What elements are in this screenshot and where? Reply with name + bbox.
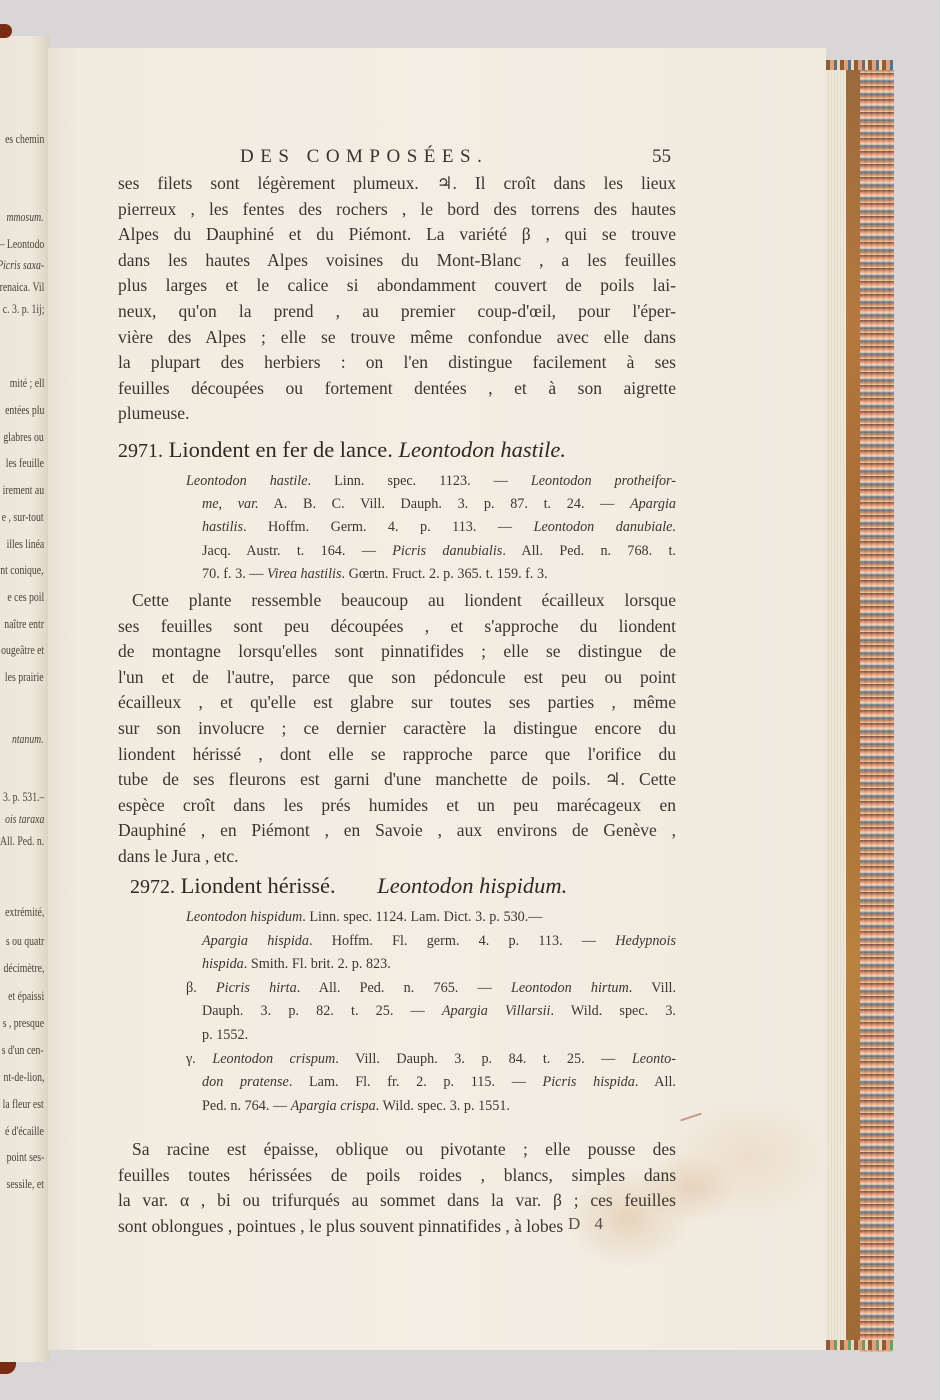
latin-synonym: Virea hastilis [267, 566, 341, 582]
text-line: l'un et de l'autre, parce que son pédonc… [118, 664, 676, 690]
citation: . Hoffm. Germ. 4. p. 113. — [243, 519, 534, 535]
citation: . Linn. spec. 1123. — [308, 473, 531, 489]
text-line: la plupart des herbiers : on l'en distin… [118, 349, 676, 375]
citation: . All. [635, 1074, 676, 1090]
left-page-edge: es cheminmmosum.– LeontodoPicris saxa-re… [0, 36, 50, 1362]
latin-synonym: Leontodon danubiale. [534, 519, 676, 535]
facing-page-text-fragment: les prairie [5, 670, 44, 685]
facing-page-text-fragment: la fleur est [3, 1097, 44, 1112]
running-head: DES COMPOSÉES. [240, 146, 488, 168]
latin-synonym: hispida [202, 956, 244, 972]
facing-page-text-fragment: . 3. p. 531.– [0, 790, 44, 805]
synonymy-line: don pratense. Lam. Fl. fr. 2. p. 115. — … [202, 1071, 676, 1094]
latin-synonym: Leontodon protheifor- [531, 473, 676, 489]
synonymy-line: Dauph. 3. p. 82. t. 25. — Apargia Villar… [202, 1000, 676, 1023]
facing-page-text-fragment: illes linéa [6, 537, 44, 552]
page-block-edges [826, 62, 846, 1348]
signature-mark: D 4 [568, 1214, 608, 1234]
synonymy-line: Leontodon hastile. Linn. spec. 1123. — L… [186, 470, 676, 493]
latin-name: Leontodon hastile. [399, 437, 567, 462]
facing-page-text-fragment: sessile, et [7, 1177, 44, 1192]
text-line: Alpes du Dauphiné et du Piémont. La vari… [118, 221, 676, 247]
citation: Ped. n. 764. — [202, 1098, 291, 1114]
latin-synonym: Leontodon hispidum [186, 909, 302, 925]
latin-synonym: Apargia [630, 496, 676, 512]
synonymy-line: Ped. n. 764. — Apargia crispa. Wild. spe… [202, 1095, 676, 1118]
facing-page-text-fragment: nt-de-lion, [3, 1070, 44, 1085]
facing-page-text-fragment: glabres ou [4, 430, 44, 445]
facing-page-text-fragment: point ses- [6, 1150, 44, 1165]
citation: . Smith. Fl. brit. 2. p. 823. [244, 956, 391, 972]
latin-synonym: Picris hirta [216, 980, 297, 996]
citation: p. 1552. [202, 1027, 248, 1043]
synonymy-line: Leontodon hispidum. Linn. spec. 1124. La… [186, 906, 676, 929]
text-line: vière des Alpes ; elle se trouve même co… [118, 324, 676, 350]
text-line: Sa racine est épaisse, oblique ou pivota… [118, 1136, 676, 1162]
entry-heading-2972: 2972. Liondent hérissé. Leontodon hispid… [130, 870, 688, 902]
facing-page-text-fragment: – Leontodo [0, 237, 44, 252]
latin-synonym: Apargia hispida [202, 933, 309, 949]
latin-synonym: Picris hispida [543, 1074, 635, 1090]
synonymy-line: β. Picris hirta. All. Ped. n. 765. — Leo… [186, 977, 676, 1000]
facing-page-text-fragment: . All. Ped. n. [0, 834, 44, 849]
citation: . Lam. Fl. fr. 2. p. 115. — [289, 1074, 543, 1090]
citation: . All. Ped. n. 765. — [297, 980, 511, 996]
text-line: écailleux , et qu'elle est glabre sur to… [118, 689, 676, 715]
facing-page-text-fragment: renaica. Vil [0, 280, 44, 295]
facing-page-text-fragment: irement au [3, 483, 44, 498]
citation: γ. [186, 1051, 212, 1067]
latin-synonym: Leontodon hirtum [511, 980, 629, 996]
page-number: 55 [652, 146, 671, 168]
entry-number: 2971. [118, 440, 163, 462]
text-line: ses filets sont légèrement plumeux. ♃. I… [118, 170, 676, 196]
facing-page-text-fragment: é d'écaille [5, 1124, 44, 1139]
text-line: sur son involucre ; ce dernier caractère… [118, 715, 676, 741]
french-name: Liondent hérissé. [181, 873, 336, 898]
synonymy-line: hispida. Smith. Fl. brit. 2. p. 823. [202, 953, 676, 976]
citation: β. [186, 980, 216, 996]
latin-synonym: Leontodon hastile [186, 473, 308, 489]
latin-name: Leontodon hispidum. [377, 873, 567, 898]
facing-page-text-fragment: et épaissi [8, 989, 44, 1004]
synonymy-line: 70. f. 3. — Virea hastilis. Gœrtn. Fruct… [202, 563, 678, 586]
text-line: tube de ses fleurons est garni d'une man… [118, 766, 676, 792]
facing-page-text-fragment: décimètre, [3, 961, 44, 976]
citation: . Linn. spec. 1124. Lam. Dict. 3. p. 530… [302, 909, 542, 925]
facing-page-text-fragment: ougeâtre et [1, 643, 44, 658]
text-line: dans le Jura , etc. [118, 843, 676, 869]
facing-page-text-fragment: ntanum. [12, 732, 44, 747]
citation: 70. f. 3. — [202, 566, 267, 582]
facing-page-text-fragment: s d'un cen- [2, 1043, 44, 1058]
text-line: la var. α , bi ou trifurqués au sommet d… [118, 1187, 676, 1213]
latin-synonym: Hedypnois [615, 933, 676, 949]
citation: Dauph. 3. p. 82. t. 25. — [202, 1003, 442, 1019]
facing-page-text-fragment: Picris saxa- [0, 258, 44, 273]
text-line: Cette plante ressemble beaucoup au liond… [118, 587, 676, 613]
facing-page-text-fragment: es chemin [5, 132, 44, 147]
text-line: de montagne lorsqu'elles sont pinnatifid… [118, 638, 676, 664]
citation: Jacq. Austr. t. 164. — [202, 543, 392, 559]
facing-page-text-fragment: s ou quatr [6, 934, 44, 949]
synonymy-line: Jacq. Austr. t. 164. — Picris danubialis… [202, 540, 676, 563]
text-line: feuilles découpées ou fortement dentées … [118, 375, 676, 401]
citation: A. B. C. Vill. Dauph. 3. p. 87. t. 24. — [259, 496, 630, 512]
facing-page-text-fragment: c. 3. p. 1ij; [2, 302, 44, 317]
text-line: feuilles toutes hérissées de poils roide… [118, 1162, 676, 1188]
text-line: ses feuilles sont peu découpées , et s'a… [118, 613, 676, 639]
facing-page-text-fragment: entées plu [5, 403, 44, 418]
citation: . Wild. spec. 3. [550, 1003, 676, 1019]
latin-synonym: don pratense [202, 1074, 289, 1090]
text-line: plus larges et le calice si abondamment … [118, 272, 676, 298]
facing-page-text-fragment: nt conique, [1, 563, 44, 578]
facing-page-text-fragment: les feuille [6, 456, 44, 471]
latin-synonym: me, var. [202, 496, 259, 512]
binding-leather-bottom [0, 1362, 16, 1374]
facing-page-text-fragment: e , sur-tout [2, 510, 44, 525]
synonymy-line: Apargia hispida. Hoffm. Fl. germ. 4. p. … [202, 930, 676, 953]
synonymy-line: hastilis. Hoffm. Germ. 4. p. 113. — Leon… [202, 516, 676, 539]
marbled-edge-top [826, 60, 894, 70]
latin-synonym: Leonto- [632, 1051, 676, 1067]
text-line: espèce croît dans les prés humides et un… [118, 792, 676, 818]
text-line: dans les hautes Alpes voisines du Mont-B… [118, 247, 676, 273]
facing-page-text-fragment: s , presque [3, 1016, 44, 1031]
french-name: Liondent en fer de lance. [169, 437, 393, 462]
citation: . Wild. spec. 3. p. 1551. [376, 1098, 510, 1114]
facing-page-text-fragment: naître entr [4, 617, 44, 632]
latin-synonym: Leontodon crispum [212, 1051, 335, 1067]
synonymy-line: me, var. A. B. C. Vill. Dauph. 3. p. 87.… [202, 493, 676, 516]
facing-page-text-fragment: e ces poil [7, 590, 44, 605]
latin-synonym: Apargia crispa [291, 1098, 376, 1114]
facing-page-text-fragment: mmosum. [7, 210, 44, 225]
entry-number: 2972. [130, 876, 175, 898]
facing-page-text-fragment: ois taraxa [5, 812, 44, 827]
synonymy-line: γ. Leontodon crispum. Vill. Dauph. 3. p.… [186, 1048, 676, 1071]
latin-synonym: Apargia Villarsii [442, 1003, 551, 1019]
text-line: liondent hérissé , dont elle se rapproch… [118, 741, 676, 767]
citation: . Vill. [629, 980, 676, 996]
marbled-edge-bottom [826, 1340, 894, 1350]
citation: . Hoffm. Fl. germ. 4. p. 113. — [309, 933, 615, 949]
citation: . Vill. Dauph. 3. p. 84. t. 25. — [335, 1051, 632, 1067]
citation: . Gœrtn. Fruct. 2. p. 365. t. 159. f. 3. [342, 566, 548, 582]
entry-heading-2971: 2971. Liondent en fer de lance. Leontodo… [118, 434, 676, 466]
latin-synonym: hastilis [202, 519, 243, 535]
latin-synonym: Picris danubialis [392, 543, 502, 559]
facing-page-text-fragment: extrémité, [5, 905, 44, 920]
text-line: neux, qu'on la prend , au premier coup-d… [118, 298, 676, 324]
citation: . All. Ped. n. 768. t. [502, 543, 676, 559]
text-line: Dauphiné , en Piémont , en Savoie , aux … [118, 817, 676, 843]
facing-page-text-fragment: mité ; ell [9, 376, 44, 391]
marbled-fore-edge [860, 60, 894, 1352]
synonymy-line: p. 1552. [202, 1024, 676, 1047]
text-line: pierreux , les fentes des rochers , le b… [118, 196, 676, 222]
text-line: plumeuse. [118, 400, 676, 426]
